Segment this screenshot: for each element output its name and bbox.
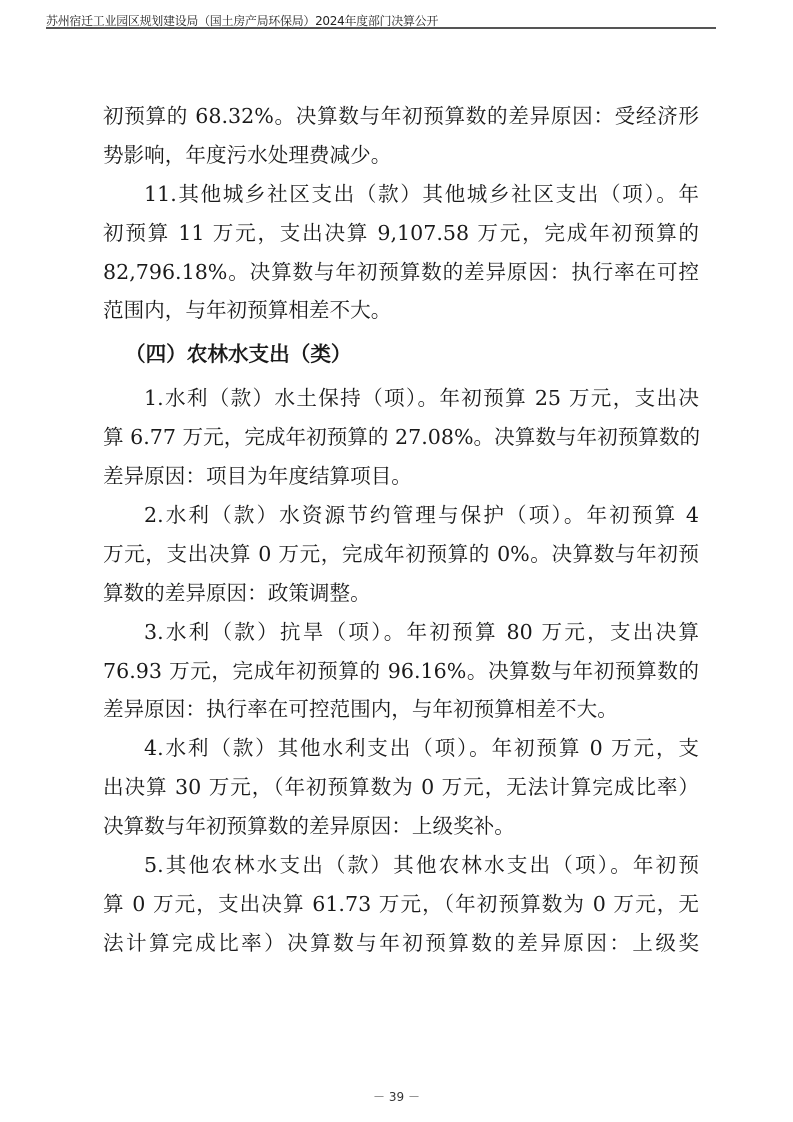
section-heading: （四）农林水支出（类） [103,330,699,379]
text-line: 82,796.18%。决算数与年初预算数的差异原因：执行率在可控 [103,253,699,292]
text-line: 4.水利（款）其他水利支出（项）。年初预算 0 万元，支 [103,729,699,768]
text-line: 11.其他城乡社区支出（款）其他城乡社区支出（项）。年 [103,175,699,214]
text-line: 差异原因：项目为年度结算项目。 [103,457,699,496]
text-line: 决算数与年初预算数的差异原因：上级奖补。 [103,807,699,846]
text-line: 势影响，年度污水处理费减少。 [103,136,699,175]
text-line: 差异原因：执行率在可控范围内，与年初预算相差不大。 [103,690,699,729]
text-line: 算数的差异原因：政策调整。 [103,574,699,613]
text-line: 范围内，与年初预算相差不大。 [103,291,699,330]
text-line: 法计算完成比率）决算数与年初预算数的差异原因：上级奖 [103,924,699,963]
text-line: 算 6.77 万元，完成年初预算的 27.08%。决算数与年初预算数的 [103,418,699,457]
text-line: 76.93 万元，完成年初预算的 96.16%。决算数与年初预算数的 [103,652,699,691]
text-line: 3.水利（款）抗旱（项）。年初预算 80 万元，支出决算 [103,613,699,652]
paragraph-item-11: 11.其他城乡社区支出（款）其他城乡社区支出（项）。年 初预算 11 万元，支出… [103,175,699,331]
paragraph-continuation: 初预算的 68.32%。决算数与年初预算数的差异原因：受经济形 势影响，年度污水… [103,97,699,175]
paragraph-item-5: 5.其他农林水支出（款）其他农林水支出（项）。年初预 算 0 万元，支出决算 6… [103,846,699,963]
document-body: 初预算的 68.32%。决算数与年初预算数的差异原因：受经济形 势影响，年度污水… [103,97,699,963]
text-line: 1.水利（款）水土保持（项）。年初预算 25 万元，支出决 [103,379,699,418]
paragraph-item-2: 2.水利（款）水资源节约管理与保护（项）。年初预算 4 万元，支出决算 0 万元… [103,496,699,613]
text-line: 初预算 11 万元，支出决算 9,107.58 万元，完成年初预算的 [103,214,699,253]
text-line: 万元，支出决算 0 万元，完成年初预算的 0%。决算数与年初预 [103,535,699,574]
text-line: 算 0 万元，支出决算 61.73 万元，（年初预算数为 0 万元，无 [103,885,699,924]
paragraph-item-3: 3.水利（款）抗旱（项）。年初预算 80 万元，支出决算 76.93 万元，完成… [103,613,699,730]
text-line: 出决算 30 万元，（年初预算数为 0 万元，无法计算完成比率） [103,768,699,807]
page-number: － 39 － [0,1088,793,1105]
text-line: 初预算的 68.32%。决算数与年初预算数的差异原因：受经济形 [103,97,699,136]
text-line: 5.其他农林水支出（款）其他农林水支出（项）。年初预 [103,846,699,885]
paragraph-item-1: 1.水利（款）水土保持（项）。年初预算 25 万元，支出决 算 6.77 万元，… [103,379,699,496]
text-line: 2.水利（款）水资源节约管理与保护（项）。年初预算 4 [103,496,699,535]
header-divider [46,27,716,29]
paragraph-item-4: 4.水利（款）其他水利支出（项）。年初预算 0 万元，支 出决算 30 万元，（… [103,729,699,846]
